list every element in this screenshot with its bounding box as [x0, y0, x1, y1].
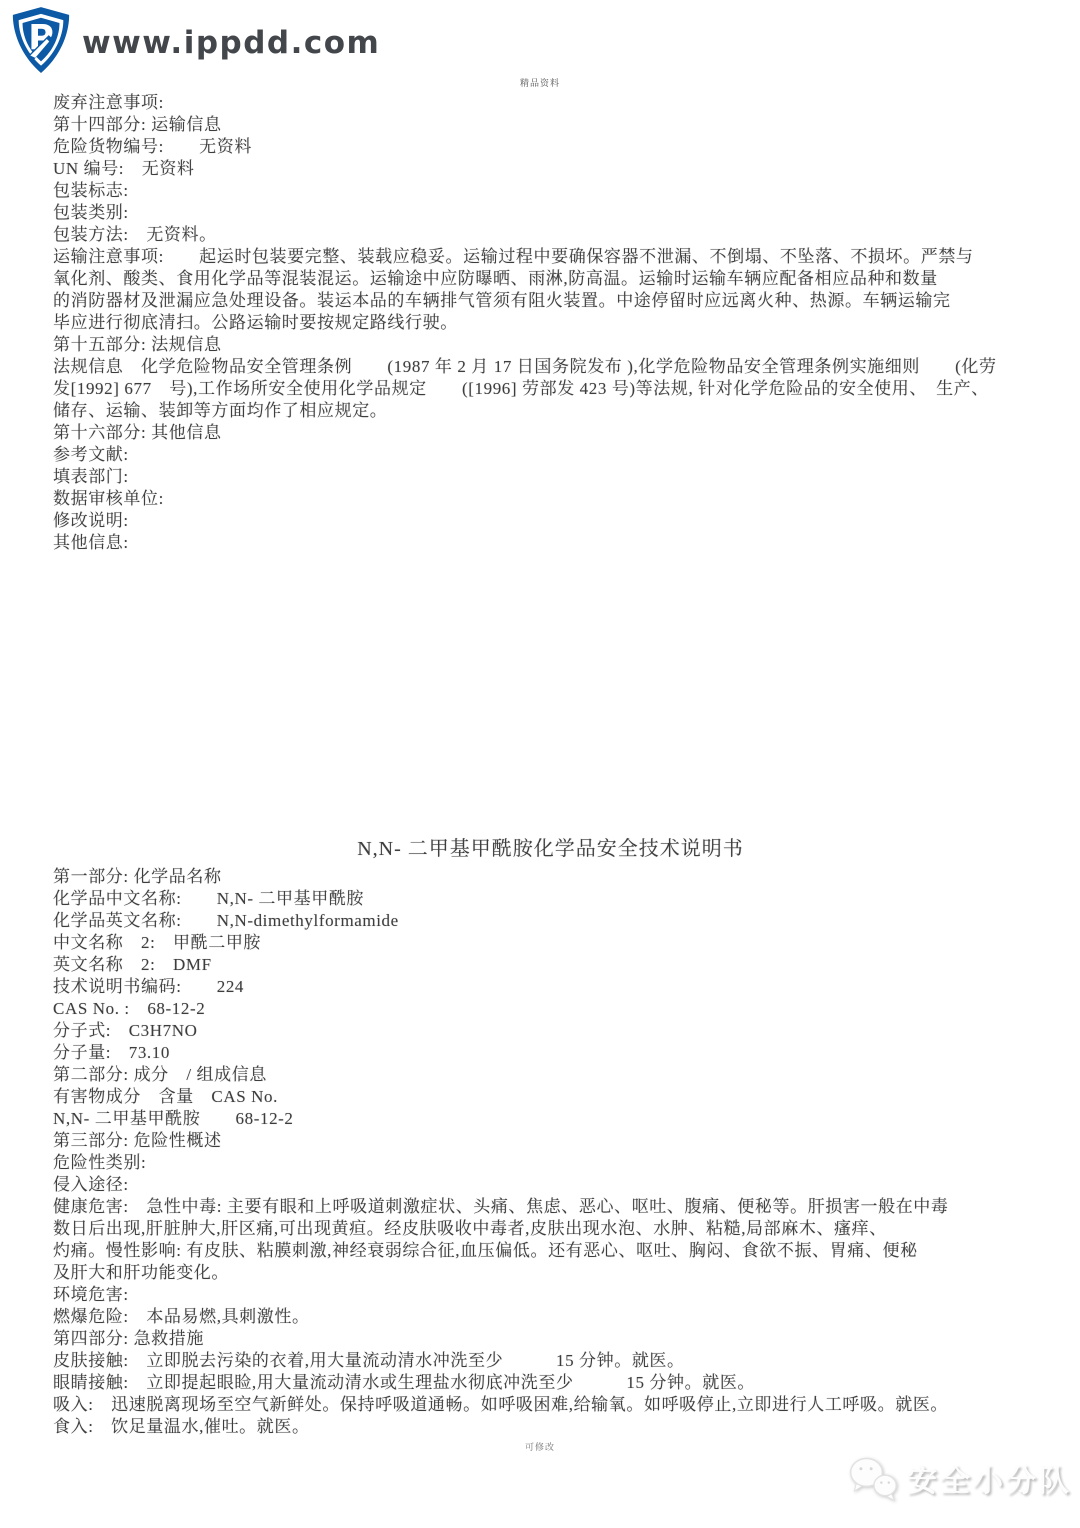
- doc-line: 填表部门:: [53, 466, 1048, 488]
- doc-line: 第十五部分: 法规信息: [53, 334, 1048, 356]
- doc-line: 包装类别:: [53, 202, 1048, 224]
- doc-line: 毕应进行彻底清扫。公路运输时要按规定路线行驶。: [53, 312, 1048, 334]
- msds-sections-14-16: 废弃注意事项:第十四部分: 运输信息危险货物编号: 无资料UN 编号: 无资料包…: [53, 92, 1048, 554]
- doc-line: 第二部分: 成分 / 组成信息: [53, 1064, 1048, 1086]
- doc-line: 运输注意事项: 起运时包装要完整、装载应稳妥。运输过程中要确保容器不泄漏、不倒塌…: [53, 246, 1048, 268]
- watermark: 安全小分队: [845, 1452, 1072, 1504]
- doc-line: 分子式: C3H7NO: [53, 1020, 1048, 1042]
- doc-line: 食入: 饮足量温水,催吐。就医。: [53, 1416, 1048, 1438]
- doc-line: 参考文献:: [53, 444, 1048, 466]
- doc-line: 分子量: 73.10: [53, 1042, 1048, 1064]
- doc-line: 其他信息:: [53, 532, 1048, 554]
- doc-line: 储存、运输、装卸等方面均作了相应规定。: [53, 400, 1048, 422]
- site-header: P www.ippdd.com: [10, 6, 380, 74]
- doc-line: 的消防器材及泄漏应急处理设备。装运本品的车辆排气管须有阻火装置。中途停留时应远离…: [53, 290, 1048, 312]
- document-page: P www.ippdd.com 精品资料 废弃注意事项:第十四部分: 运输信息危…: [0, 0, 1080, 1528]
- msds-document: 废弃注意事项:第十四部分: 运输信息危险货物编号: 无资料UN 编号: 无资料包…: [53, 92, 1048, 1438]
- doc-line: 第三部分: 危险性概述: [53, 1130, 1048, 1152]
- doc-line: 化学品中文名称: N,N- 二甲基甲酰胺: [53, 888, 1048, 910]
- doc-line: 健康危害: 急性中毒: 主要有眼和上呼吸道刺激症状、头痛、焦虑、恶心、呕吐、腹痛…: [53, 1196, 1048, 1218]
- doc-line: 第四部分: 急救措施: [53, 1328, 1048, 1350]
- doc-line: 包装方法: 无资料。: [53, 224, 1048, 246]
- doc-line: 中文名称 2: 甲酰二甲胺: [53, 932, 1048, 954]
- doc-line: 及肝大和肝功能变化。: [53, 1262, 1048, 1284]
- doc-line: 英文名称 2: DMF: [53, 954, 1048, 976]
- doc-line: 吸入: 迅速脱离现场至空气新鲜处。保持呼吸道通畅。如呼吸困难,给输氧。如呼吸停止…: [53, 1394, 1048, 1416]
- quality-tag: 精品资料: [0, 76, 1080, 89]
- doc-line: 修改说明:: [53, 510, 1048, 532]
- msds-sections-1-4: 第一部分: 化学品名称化学品中文名称: N,N- 二甲基甲酰胺化学品英文名称: …: [53, 866, 1048, 1438]
- doc-line: 技术说明书编码: 224: [53, 976, 1048, 998]
- doc-line: 包装标志:: [53, 180, 1048, 202]
- doc-line: 环境危害:: [53, 1284, 1048, 1306]
- doc-line: 皮肤接触: 立即脱去污染的衣着,用大量流动清水冲洗至少 15 分钟。就医。: [53, 1350, 1048, 1372]
- doc-line: 化学品英文名称: N,N-dimethylformamide: [53, 910, 1048, 932]
- doc-line: 第十六部分: 其他信息: [53, 422, 1048, 444]
- doc-line: N,N- 二甲基甲酰胺 68-12-2: [53, 1108, 1048, 1130]
- doc-line: 数日后出现,肝脏肿大,肝区痛,可出现黄疸。经皮肤吸收中毒者,皮肤出现水泡、水肿、…: [53, 1218, 1048, 1240]
- doc-line: 第一部分: 化学品名称: [53, 866, 1048, 888]
- document-title: N,N- 二甲基甲酰胺化学品安全技术说明书: [53, 836, 1048, 862]
- doc-line: 氧化剂、酸类、食用化学品等混装混运。运输途中应防曝晒、雨淋,防高温。运输时运输车…: [53, 268, 1048, 290]
- doc-line: 眼睛接触: 立即提起眼睑,用大量流动清水或生理盐水彻底冲洗至少 15 分钟。就医…: [53, 1372, 1048, 1394]
- doc-line: 危险货物编号: 无资料: [53, 136, 1048, 158]
- watermark-text: 安全小分队: [907, 1456, 1072, 1500]
- doc-line: 燃爆危险: 本品易燃,具刺激性。: [53, 1306, 1048, 1328]
- doc-line: 第十四部分: 运输信息: [53, 114, 1048, 136]
- doc-line: 法规信息 化学危险物品安全管理条例 (1987 年 2 月 17 日国务院发布 …: [53, 356, 1048, 378]
- doc-line: 灼痛。慢性影响: 有皮肤、粘膜刺激,神经衰弱综合征,血压偏低。还有恶心、呕吐、胸…: [53, 1240, 1048, 1262]
- doc-line: CAS No. : 68-12-2: [53, 998, 1048, 1020]
- doc-line: 危险性类别:: [53, 1152, 1048, 1174]
- doc-line: UN 编号: 无资料: [53, 158, 1048, 180]
- site-url: www.ippdd.com: [82, 25, 380, 61]
- ippdd-shield-logo-icon: P: [10, 6, 72, 74]
- doc-line: 发[1992] 677 号),工作场所安全使用化学品规定 ([1996] 劳部发…: [53, 378, 1048, 400]
- doc-line: 有害物成分 含量 CAS No.: [53, 1086, 1048, 1108]
- doc-line: 数据审核单位:: [53, 488, 1048, 510]
- wechat-icon: [845, 1452, 901, 1504]
- doc-line: 废弃注意事项:: [53, 92, 1048, 114]
- doc-line: 侵入途径:: [53, 1174, 1048, 1196]
